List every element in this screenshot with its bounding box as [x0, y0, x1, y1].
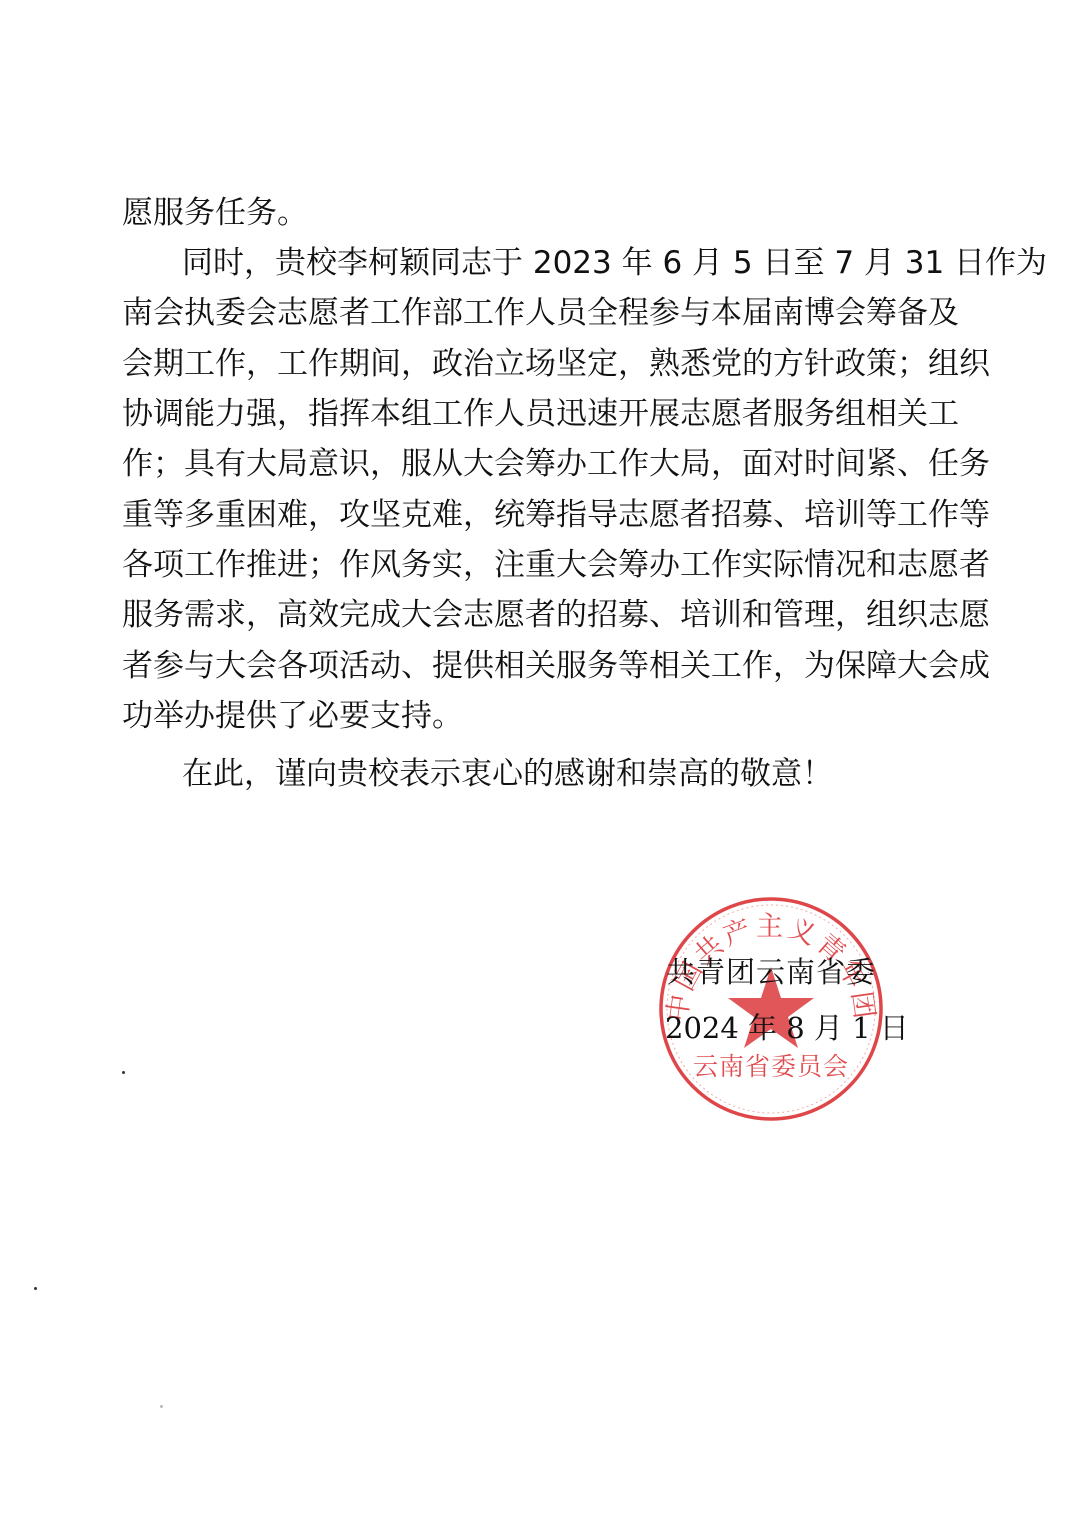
scan-speck [160, 1405, 163, 1408]
scan-speck [34, 1287, 37, 1290]
closing-line: 在此，谨向贵校表示衷心的感谢和崇高的敬意！ [182, 749, 932, 799]
body-line-8: 各项工作推进；作风务实，注重大会筹办工作实际情况和志愿者 [122, 540, 932, 590]
body-line-9: 服务需求，高效完成大会志愿者的招募、培训和管理，组织志愿 [122, 590, 932, 640]
body-line-6: 作；具有大局意识，服从大会筹办工作大局，面对时间紧、任务 [122, 439, 932, 489]
scan-speck [122, 1071, 125, 1074]
seal-bottom-text: 云南省委员会 [693, 1052, 849, 1081]
body-line-1: 愿服务任务。 [122, 188, 932, 238]
signature-organization: 共青团云南省委 [666, 950, 876, 991]
body-line-5: 协调能力强，指挥本组工作人员迅速开展志愿者服务组相关工 [122, 389, 932, 439]
body-line-3: 南会执委会志愿者工作部工作人员全程参与本届南博会筹备及 [122, 288, 932, 338]
body-line-10: 者参与大会各项活动、提供相关服务等相关工作，为保障大会成 [122, 641, 932, 691]
body-line-11: 功举办提供了必要支持。 [122, 691, 932, 741]
document-page: 愿服务任务。 同时，贵校李柯颖同志于 2023 年 6 月 5 日至 7 月 3… [0, 0, 1080, 1528]
signature-date: 2024 年 8 月 1 日 [665, 1006, 909, 1047]
body-line-2: 同时，贵校李柯颖同志于 2023 年 6 月 5 日至 7 月 31 日作为 [182, 238, 932, 288]
body-line-7: 重等多重困难，攻坚克难，统筹指导志愿者招募、培训等工作等 [122, 490, 932, 540]
body-line-4: 会期工作，工作期间，政治立场坚定，熟悉党的方针政策；组织 [122, 339, 932, 389]
